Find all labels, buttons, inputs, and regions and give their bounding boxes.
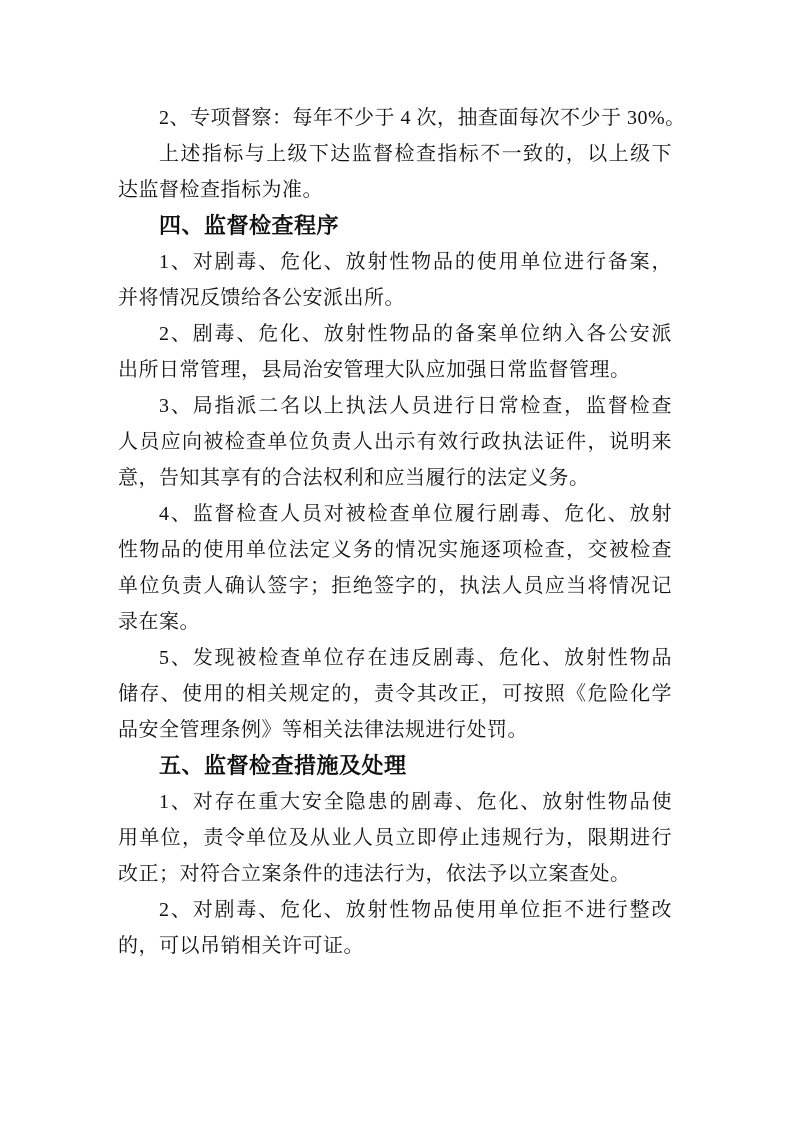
text-line: 2、对剧毒、危化、放射性物品使用单位拒不进行整改 — [118, 892, 672, 928]
text-line: 达监督检查指标为准。 — [118, 172, 672, 208]
section-heading: 五、监督检查措施及处理 — [118, 748, 672, 784]
text-line: 品安全管理条例》等相关法律法规进行处罚。 — [118, 712, 672, 748]
text-line: 出所日常管理，县局治安管理大队应加强日常监督管理。 — [118, 352, 672, 388]
paragraph: 4、监督检查人员对被检查单位履行剧毒、危化、放射 性物品的使用单位法定义务的情况… — [118, 496, 672, 640]
paragraph: 2、专项督察：每年不少于 4 次，抽查面每次不少于 30%。 — [118, 100, 672, 136]
paragraph: 2、剧毒、危化、放射性物品的备案单位纳入各公安派 出所日常管理，县局治安管理大队… — [118, 316, 672, 388]
text-line: 1、对存在重大安全隐患的剧毒、危化、放射性物品使 — [118, 784, 672, 820]
section-heading: 四、监督检查程序 — [118, 208, 672, 244]
text-line: 储存、使用的相关规定的，责令其改正，可按照《危险化学 — [118, 676, 672, 712]
document-page: 2、专项督察：每年不少于 4 次，抽查面每次不少于 30%。 上述指标与上级下达… — [0, 0, 793, 1122]
paragraph: 上述指标与上级下达监督检查指标不一致的，以上级下 达监督检查指标为准。 — [118, 136, 672, 208]
text-line: 5、发现被检查单位存在违反剧毒、危化、放射性物品 — [118, 640, 672, 676]
text-line: 单位负责人确认签字；拒绝签字的，执法人员应当将情况记 — [118, 568, 672, 604]
text-line: 上述指标与上级下达监督检查指标不一致的，以上级下 — [118, 136, 672, 172]
text-line: 用单位，责令单位及从业人员立即停止违规行为，限期进行 — [118, 820, 672, 856]
text-line: 录在案。 — [118, 604, 672, 640]
text-line: 并将情况反馈给各公安派出所。 — [118, 280, 672, 316]
text-line: 人员应向被检查单位负责人出示有效行政执法证件，说明来 — [118, 424, 672, 460]
text-line: 4、监督检查人员对被检查单位履行剧毒、危化、放射 — [118, 496, 672, 532]
text-line: 1、对剧毒、危化、放射性物品的使用单位进行备案， — [118, 244, 672, 280]
paragraph: 2、对剧毒、危化、放射性物品使用单位拒不进行整改 的，可以吊销相关许可证。 — [118, 892, 672, 964]
text-line: 意，告知其享有的合法权利和应当履行的法定义务。 — [118, 460, 672, 496]
text-line: 改正；对符合立案条件的违法行为，依法予以立案查处。 — [118, 856, 672, 892]
heading-line: 四、监督检查程序 — [118, 208, 672, 244]
text-line: 3、局指派二名以上执法人员进行日常检查，监督检查 — [118, 388, 672, 424]
paragraph: 5、发现被检查单位存在违反剧毒、危化、放射性物品 储存、使用的相关规定的，责令其… — [118, 640, 672, 748]
paragraph: 1、对存在重大安全隐患的剧毒、危化、放射性物品使 用单位，责令单位及从业人员立即… — [118, 784, 672, 892]
paragraph: 1、对剧毒、危化、放射性物品的使用单位进行备案， 并将情况反馈给各公安派出所。 — [118, 244, 672, 316]
text-line: 性物品的使用单位法定义务的情况实施逐项检查，交被检查 — [118, 532, 672, 568]
heading-line: 五、监督检查措施及处理 — [118, 748, 672, 784]
text-line: 2、专项督察：每年不少于 4 次，抽查面每次不少于 30%。 — [118, 100, 672, 136]
text-line: 的，可以吊销相关许可证。 — [118, 928, 672, 964]
paragraph: 3、局指派二名以上执法人员进行日常检查，监督检查 人员应向被检查单位负责人出示有… — [118, 388, 672, 496]
document-body: 2、专项督察：每年不少于 4 次，抽查面每次不少于 30%。 上述指标与上级下达… — [118, 100, 672, 964]
text-line: 2、剧毒、危化、放射性物品的备案单位纳入各公安派 — [118, 316, 672, 352]
